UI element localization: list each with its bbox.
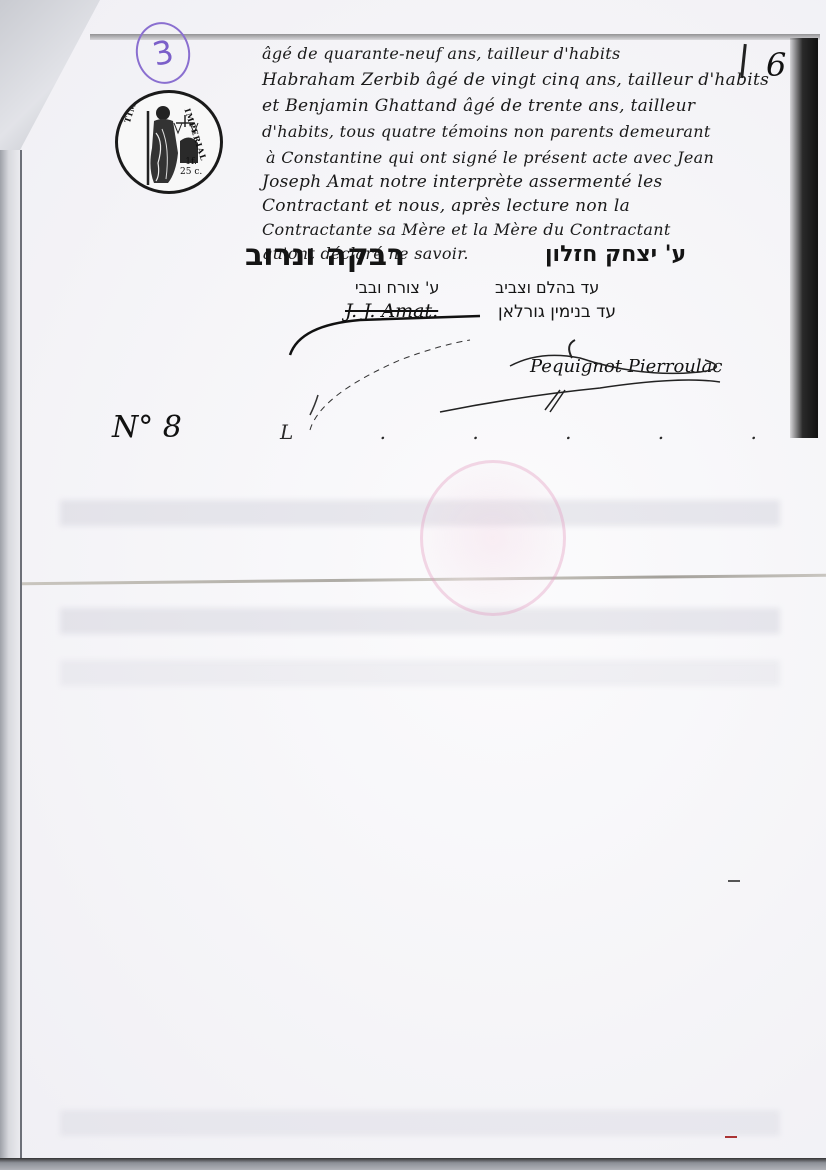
signature-officer: Pequignot Pierroulac [530, 356, 722, 377]
faded-text-band [60, 660, 780, 686]
page-left-edge [20, 150, 22, 1160]
faded-text-band [60, 1110, 780, 1136]
body-line-4: d'habits, tous quatre témoins non parent… [262, 122, 711, 141]
stamp-value: 1f. 25 c. [180, 157, 202, 177]
faded-pink-seal [420, 460, 566, 616]
faded-text-band [60, 608, 780, 634]
imperial-tax-stamp: TIMBRE IMPERIAL 1f. 25 c. [115, 90, 223, 194]
signature-hebrew-bride: רבקה ונרוב [245, 238, 405, 273]
scanner-bottom-edge [0, 1158, 826, 1170]
scanned-document: 3 TIMBRE IMPERIAL 1f. 25 c. 6 âgé de qua… [0, 0, 826, 1170]
body-line-8: Contractante sa Mère et la Mère du Contr… [262, 220, 671, 239]
ink-dash [728, 880, 740, 882]
scanner-edge-shadow [0, 0, 22, 1170]
body-line-1: âgé de quarante-neuf ans, tailleur d'hab… [262, 44, 621, 63]
red-ink-mark [725, 1136, 737, 1138]
signature-interpreter: J. J. Amat. [345, 300, 438, 322]
next-entry-faint-text: L . . . . . . . . . [280, 420, 826, 444]
signature-hebrew-witness-1: ע' יצחק חזלון [545, 242, 686, 267]
signature-hebrew-witness-4: עד בנימין גורלאן [498, 302, 616, 322]
body-line-5: à Constantine qui ont signé le présent a… [266, 148, 714, 167]
right-sheet-shadow [790, 38, 818, 438]
top-sheet-edge [90, 34, 820, 40]
signature-hebrew-witness-2: ע' צורח ובבי [355, 278, 439, 297]
body-line-7: Contractant et nous, après lecture non l… [262, 196, 630, 216]
body-line-2: Habraham Zerbib âgé de vingt cinq ans, t… [262, 70, 769, 90]
body-line-6: Joseph Amat notre interprète assermenté … [262, 172, 663, 192]
faded-text-band [60, 500, 780, 526]
next-entry-number: N° 8 [112, 410, 182, 445]
body-line-3: et Benjamin Ghattand âgé de trente ans, … [262, 96, 695, 116]
signature-hebrew-witness-3: עד בהלם וצביב [495, 278, 599, 297]
